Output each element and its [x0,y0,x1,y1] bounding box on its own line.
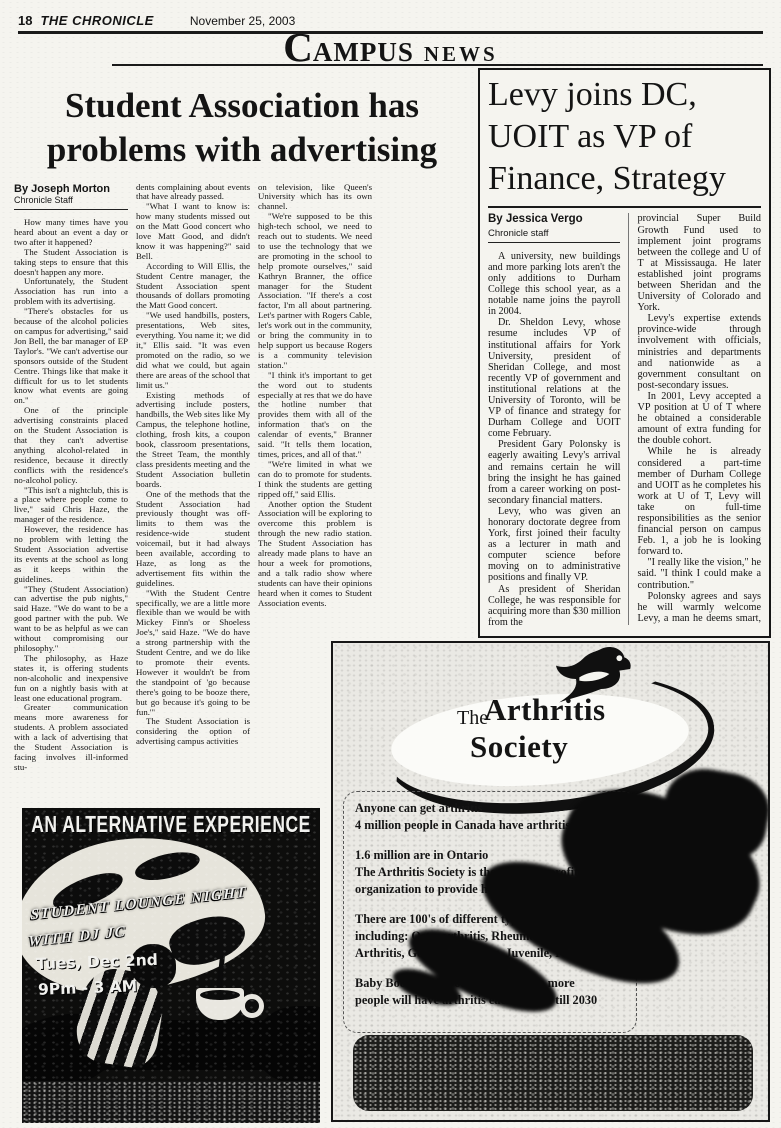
paragraph: "There's obstacles for us because of the… [14,307,128,406]
paragraph: Unfortunately, the Student Association h… [14,277,128,307]
levy-article: Levy joins DC, UOIT as VP of Finance, St… [478,68,771,638]
paragraph: Another option the Student Association w… [258,500,372,609]
paragraph: The Student Association is considering t… [136,717,250,747]
paragraph: Greater communication means more awarene… [14,703,128,772]
levy-body: By Jessica Vergo Chronicle staff A unive… [488,213,761,625]
paragraph: "I really like the vision," he said. "I … [637,557,761,590]
levy-column-2: provincial Super Build Growth Fund used … [628,213,761,625]
illegible-contact-strip [22,1081,320,1123]
section-rest: AMPUS [313,37,414,67]
page-number: 18 [18,13,32,28]
paragraph: "We used handbills, posters, presentatio… [136,311,250,390]
paragraph: President Gary Polonsky is eagerly await… [488,439,620,506]
byline-block: By Jessica Vergo Chronicle staff [488,213,620,242]
article-text: provincial Super Build Growth Fund used … [637,213,761,625]
paragraph: How many times have you heard about an e… [14,218,128,248]
newspaper-page: 18 THE CHRONICLE November 25, 2003 CAMPU… [0,0,781,1128]
paragraph: One of the principle advertising constra… [14,406,128,485]
paragraph: Existing methods of advertising include … [136,391,250,490]
eye-graphic [133,847,203,885]
paragraph: dents complaining about events that have… [136,183,250,203]
section-rule [112,64,763,66]
paragraph: "We're limited in what we can do to prom… [258,460,372,500]
headline-line: Student Association has [12,84,472,128]
levy-column-1: By Jessica Vergo Chronicle staff A unive… [488,213,620,625]
paragraph: "We're supposed to be this high-tech sch… [258,212,372,371]
byline-block: By Joseph Morton Chronicle Staff [14,183,128,211]
paragraph: A university, new buildings and more par… [488,251,620,318]
paragraph: One of the methods that the Student Asso… [136,490,250,589]
paragraph: As president of Sheridan College, he was… [488,584,620,626]
coffee-cup-graphic [196,988,244,1020]
levy-headline: Levy joins DC, UOIT as VP of Finance, St… [488,74,761,208]
headline-line: problems with advertising [12,128,472,172]
cup-handle-graphic [240,994,264,1018]
paragraph: The Student Association is taking steps … [14,248,128,278]
headline-line: UOIT as VP of [488,116,761,158]
lead-column-1: By Joseph Morton Chronicle Staff How man… [14,183,128,785]
paragraph: "They (Student Association) can advertis… [14,585,128,654]
paragraph: The philosophy, as Haze states it, is of… [14,654,128,704]
paragraph: Levy, who was given an honorary doctorat… [488,506,620,584]
article-text: on television, like Queen's University w… [258,183,372,609]
byline: By Jessica Vergo [488,213,620,226]
lead-body: By Joseph Morton Chronicle Staff How man… [14,183,374,785]
paragraph: However, the residence has no problem wi… [14,525,128,584]
section-word: NEWS [424,42,498,66]
masthead: THE CHRONICLE [40,13,153,28]
section-title: CAMPUSNEWS [0,27,781,68]
paragraph: Polonsky agrees and says he will warmly … [637,591,761,626]
article-text: A university, new buildings and more par… [488,251,620,626]
paragraph: Levy's expertise extends province-wide t… [637,313,761,391]
student-lounge-ad: AN ALTERNATIVE EXPERIENCE STUDENT LOUNGE… [22,808,320,1123]
byline: By Joseph Morton [14,183,128,196]
mouth-shadow-graphic [165,907,251,973]
paragraph: In 2001, Levy accepted a VP position at … [637,391,761,446]
arthritis-society-ad: The Arthritis Society Anyone can get art… [331,641,770,1122]
illegible-contact-box [353,1035,753,1111]
article-text: How many times have you heard about an e… [14,218,128,773]
event-time: 9Pm - 3 AM [38,977,138,998]
byline-organization: Chronicle staff [488,228,620,243]
byline-organization: Chronicle Staff [14,196,128,210]
paragraph: According to Will Ellis, the Student Cen… [136,262,250,312]
paragraph: provincial Super Build Growth Fund used … [637,213,761,313]
table-silhouette [22,1020,320,1070]
paragraph: on television, like Queen's University w… [258,183,372,213]
headline-line: Levy joins DC, [488,74,761,116]
lead-column-2: dents complaining about events that have… [136,183,250,785]
lead-headline: Student Association has problems with ad… [12,84,472,172]
ad-title: AN ALTERNATIVE EXPERIENCE [22,811,320,838]
paragraph: "What I want to know is: how many studen… [136,202,250,261]
headline-line: Finance, Strategy [488,158,761,200]
paragraph: "With the Student Centre specifically, w… [136,589,250,718]
paragraph: Dr. Sheldon Levy, whose resume includes … [488,317,620,439]
article-text: dents complaining about events that have… [136,183,250,748]
issue-date: November 25, 2003 [190,14,295,28]
paragraph: While he is already considered a part-ti… [637,446,761,557]
page-header: 18 THE CHRONICLE November 25, 2003 [18,13,295,28]
paragraph: "I think it's important to get the word … [258,371,372,460]
paragraph: "This isn't a nightclub, this is a place… [14,486,128,526]
